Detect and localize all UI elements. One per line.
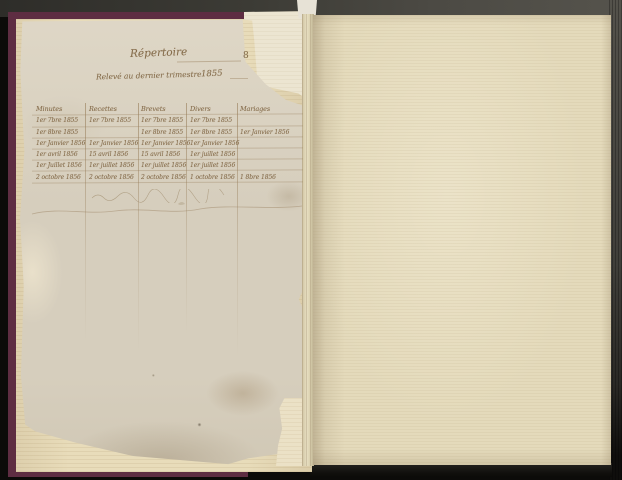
table-cell [240, 150, 302, 160]
table-cell: 15 avril 1856 [89, 150, 137, 160]
table-header-cell: Brevets [141, 104, 185, 114]
wavy-rule [30, 196, 306, 222]
table-vertical-rule [85, 103, 86, 343]
table-cell [240, 139, 302, 149]
table-cell: 2 octobre 1856 [36, 173, 84, 183]
table-cell: 1 octobre 1856 [190, 173, 236, 183]
table-cell: 1er 7bre 1855 [190, 116, 236, 126]
page-mark: 8 [243, 51, 249, 61]
table-header-cell: Divers [190, 104, 236, 114]
table-cell: 1er avril 1856 [36, 150, 84, 160]
table-cell [240, 161, 302, 171]
table-header-cell: Mariages [240, 104, 302, 114]
table-cell: 1er Janvier 1856 [190, 139, 236, 149]
table-cell: 1er Juillet 1856 [36, 161, 84, 171]
table-cell [89, 128, 137, 138]
subtitle-year: 1855 [201, 69, 223, 80]
table-cell: 1er juillet 1856 [190, 161, 236, 171]
table-cell: 1er 7bre 1855 [36, 116, 84, 126]
shadow-under-right-page [310, 463, 612, 477]
table-cell: 1er Janvier 1856 [89, 139, 137, 149]
table-cell: 1 8bre 1856 [240, 173, 302, 183]
table-cell: 1er 8bre 1855 [141, 128, 185, 138]
table-cell: 15 avril 1856 [141, 150, 185, 160]
table-cell: 1er Janvier 1856 [141, 139, 185, 149]
table-cell: 1er Janvier 1856 [240, 128, 302, 138]
subtitle-rule [230, 78, 248, 79]
table-cell: 2 octobre 1856 [141, 173, 185, 183]
book-scan: Répertoire Relevé au dernier trimestre 1… [0, 0, 622, 480]
page-title: Répertoire [130, 46, 188, 60]
table-cell: 1er 7bre 1855 [141, 116, 185, 126]
table-vertical-rule [138, 103, 139, 353]
table-header-cell: Minutes [36, 104, 84, 114]
table-cell: 1er 7bre 1855 [89, 116, 137, 126]
table-cell: 1er juillet 1856 [89, 161, 137, 171]
blank-right-page [313, 15, 611, 465]
table-header-cell: Recettes [89, 104, 137, 114]
table-cell [240, 116, 302, 126]
table-cell: 1er 8bre 1855 [190, 128, 236, 138]
table-cell: 1er 8bre 1855 [36, 128, 84, 138]
table-cell: 1er Janvier 1856 [36, 139, 84, 149]
pasted-repertoire-sheet [18, 17, 306, 465]
table-cell: 1er juillet 1856 [141, 161, 185, 171]
table-cell: 2 octobre 1856 [89, 173, 137, 183]
table-cell: 1er juillet 1856 [190, 150, 236, 160]
